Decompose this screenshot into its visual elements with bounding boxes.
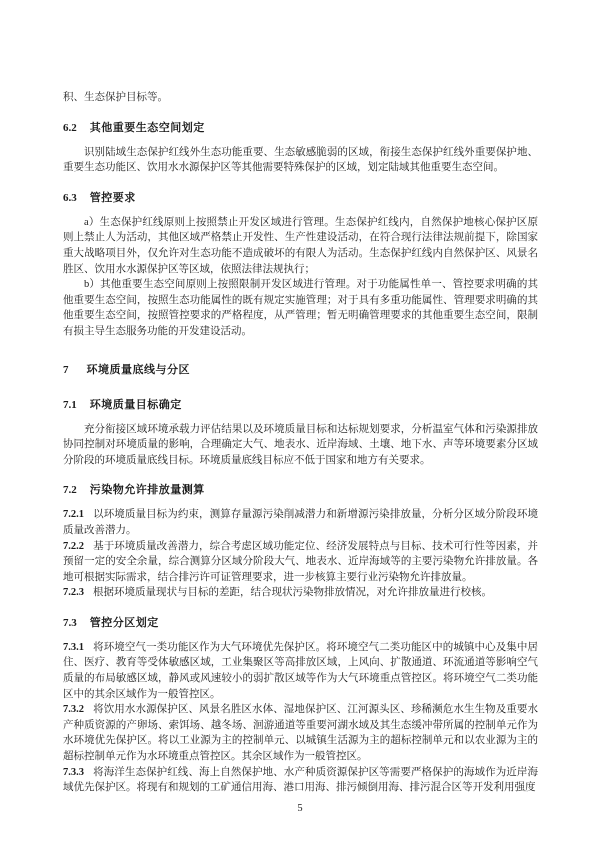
paragraph-continued: 积、生态保护目标等。 <box>63 90 538 106</box>
clause-text: 将海洋生态保护红线、海上自然保护地、水产种质资源保护区等需要严格保护的海域作为近… <box>63 767 538 794</box>
clause-number: 7.3.3 <box>63 767 84 778</box>
numbered-clause: 7.3.3将海洋生态保护红线、海上自然保护地、水产种质资源保护区等需要严格保护的… <box>63 765 538 796</box>
clause-number: 7.2.2 <box>63 541 84 552</box>
heading-number: 7.1 <box>63 399 77 411</box>
clause-text: 将饮用水水源保护区、风景名胜区水体、湿地保护区、江河源头区、珍稀濒危水生生物及重… <box>63 704 538 762</box>
clause-number: 7.2.3 <box>63 587 84 598</box>
clause-number: 7.3.2 <box>63 704 84 715</box>
section-heading: 6.2其他重要生态空间划定 <box>63 120 538 136</box>
clause-number: 7.3.1 <box>63 642 84 653</box>
clause-text: 基于环境质量改善潜力，综合考虑区域功能定位、经济发展特点与目标、技术可行性等因素… <box>63 541 538 583</box>
section-heading: 7.1环境质量目标确定 <box>63 397 538 413</box>
heading-number: 6.3 <box>63 192 77 204</box>
section-heading: 7.3管控分区划定 <box>63 615 538 631</box>
document-body: 积、生态保护目标等。6.2其他重要生态空间划定识别陆域生态保护红线外生态功能重要… <box>0 0 600 796</box>
clause-text: 根据环境质量现状与目标的差距，结合现状污染物排放情况，对允许排放量进行校核。 <box>93 587 492 598</box>
paragraph: 充分衔接区域环境承载力评估结果以及环境质量目标和达标规划要求，分析温室气体和污染… <box>63 422 538 469</box>
heading-number: 7.3 <box>63 617 77 629</box>
chapter-heading: 7环境质量底线与分区 <box>63 362 538 378</box>
document-page: 积、生态保护目标等。6.2其他重要生态空间划定识别陆域生态保护红线外生态功能重要… <box>0 0 600 848</box>
page-number: 5 <box>0 803 600 814</box>
heading-text: 环境质量目标确定 <box>90 399 182 411</box>
heading-text: 管控分区划定 <box>90 617 159 629</box>
heading-number: 7 <box>63 364 69 376</box>
heading-text: 其他重要生态空间划定 <box>90 122 205 134</box>
clause-text: 以环境质量目标为约束，测算存量源污染削减潜力和新增源污染排放量，分析分区域分阶段… <box>63 509 538 536</box>
paragraph: b）其他重要生态空间原则上按照限制开发区域进行管理。对于功能属性单一、管控要求明… <box>63 277 538 339</box>
heading-number: 6.2 <box>63 122 77 134</box>
paragraph: a）生态保护红线原则上按照禁止开发区域进行管理。生态保护红线内，自然保护地核心保… <box>63 215 538 277</box>
heading-text: 污染物允许排放量测算 <box>90 484 205 496</box>
numbered-clause: 7.3.2将饮用水水源保护区、风景名胜区水体、湿地保护区、江河源头区、珍稀濒危水… <box>63 702 538 764</box>
section-heading: 6.3管控要求 <box>63 190 538 206</box>
heading-number: 7.2 <box>63 484 77 496</box>
paragraph: 识别陆域生态保护红线外生态功能重要、生态敏感脆弱的区域，衔接生态保护红线外重要保… <box>63 145 538 176</box>
clause-number: 7.2.1 <box>63 509 84 520</box>
heading-text: 管控要求 <box>90 192 136 204</box>
numbered-clause: 7.2.3根据环境质量现状与目标的差距，结合现状污染物排放情况，对允许排放量进行… <box>63 585 538 601</box>
numbered-clause: 7.2.2基于环境质量改善潜力，综合考虑区域功能定位、经济发展特点与目标、技术可… <box>63 539 538 586</box>
heading-text: 环境质量底线与分区 <box>87 364 191 376</box>
numbered-clause: 7.3.1将环境空气一类功能区作为大气环境优先保护区。将环境空气二类功能区中的城… <box>63 640 538 702</box>
clause-text: 将环境空气一类功能区作为大气环境优先保护区。将环境空气二类功能区中的城镇中心及集… <box>63 642 538 700</box>
numbered-clause: 7.2.1以环境质量目标为约束，测算存量源污染削减潜力和新增源污染排放量，分析分… <box>63 507 538 538</box>
section-heading: 7.2污染物允许排放量测算 <box>63 482 538 498</box>
